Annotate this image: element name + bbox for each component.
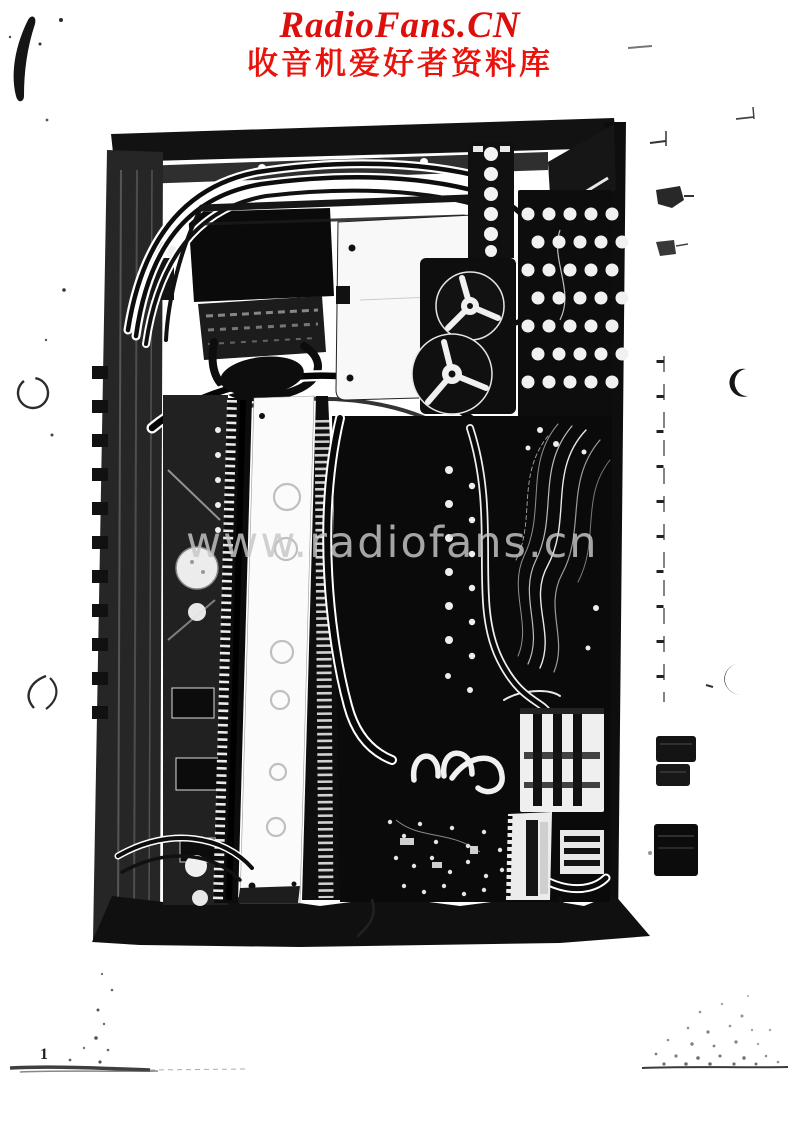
- dotted-pcb-top-right: [518, 190, 629, 420]
- margin-knob-marks: [648, 736, 698, 876]
- crescent-marks: [706, 369, 748, 695]
- receiver-chassis-interior-photo: [0, 0, 800, 1131]
- page-number: 1: [40, 1046, 48, 1064]
- smudge-bottom-right: [642, 995, 788, 1068]
- site-header: RadioFans.CN 收音机爱好者资料库: [0, 6, 800, 82]
- site-title: RadioFans.CN: [0, 6, 800, 46]
- scanned-manual-page: RadioFans.CN 收音机爱好者资料库: [0, 0, 800, 1131]
- site-subtitle: 收音机爱好者资料库: [0, 46, 800, 82]
- main-pcb: [332, 416, 612, 902]
- connector-strip: [468, 142, 514, 258]
- filter-capacitors: [412, 258, 516, 414]
- punch-hole-marks: [12, 372, 57, 709]
